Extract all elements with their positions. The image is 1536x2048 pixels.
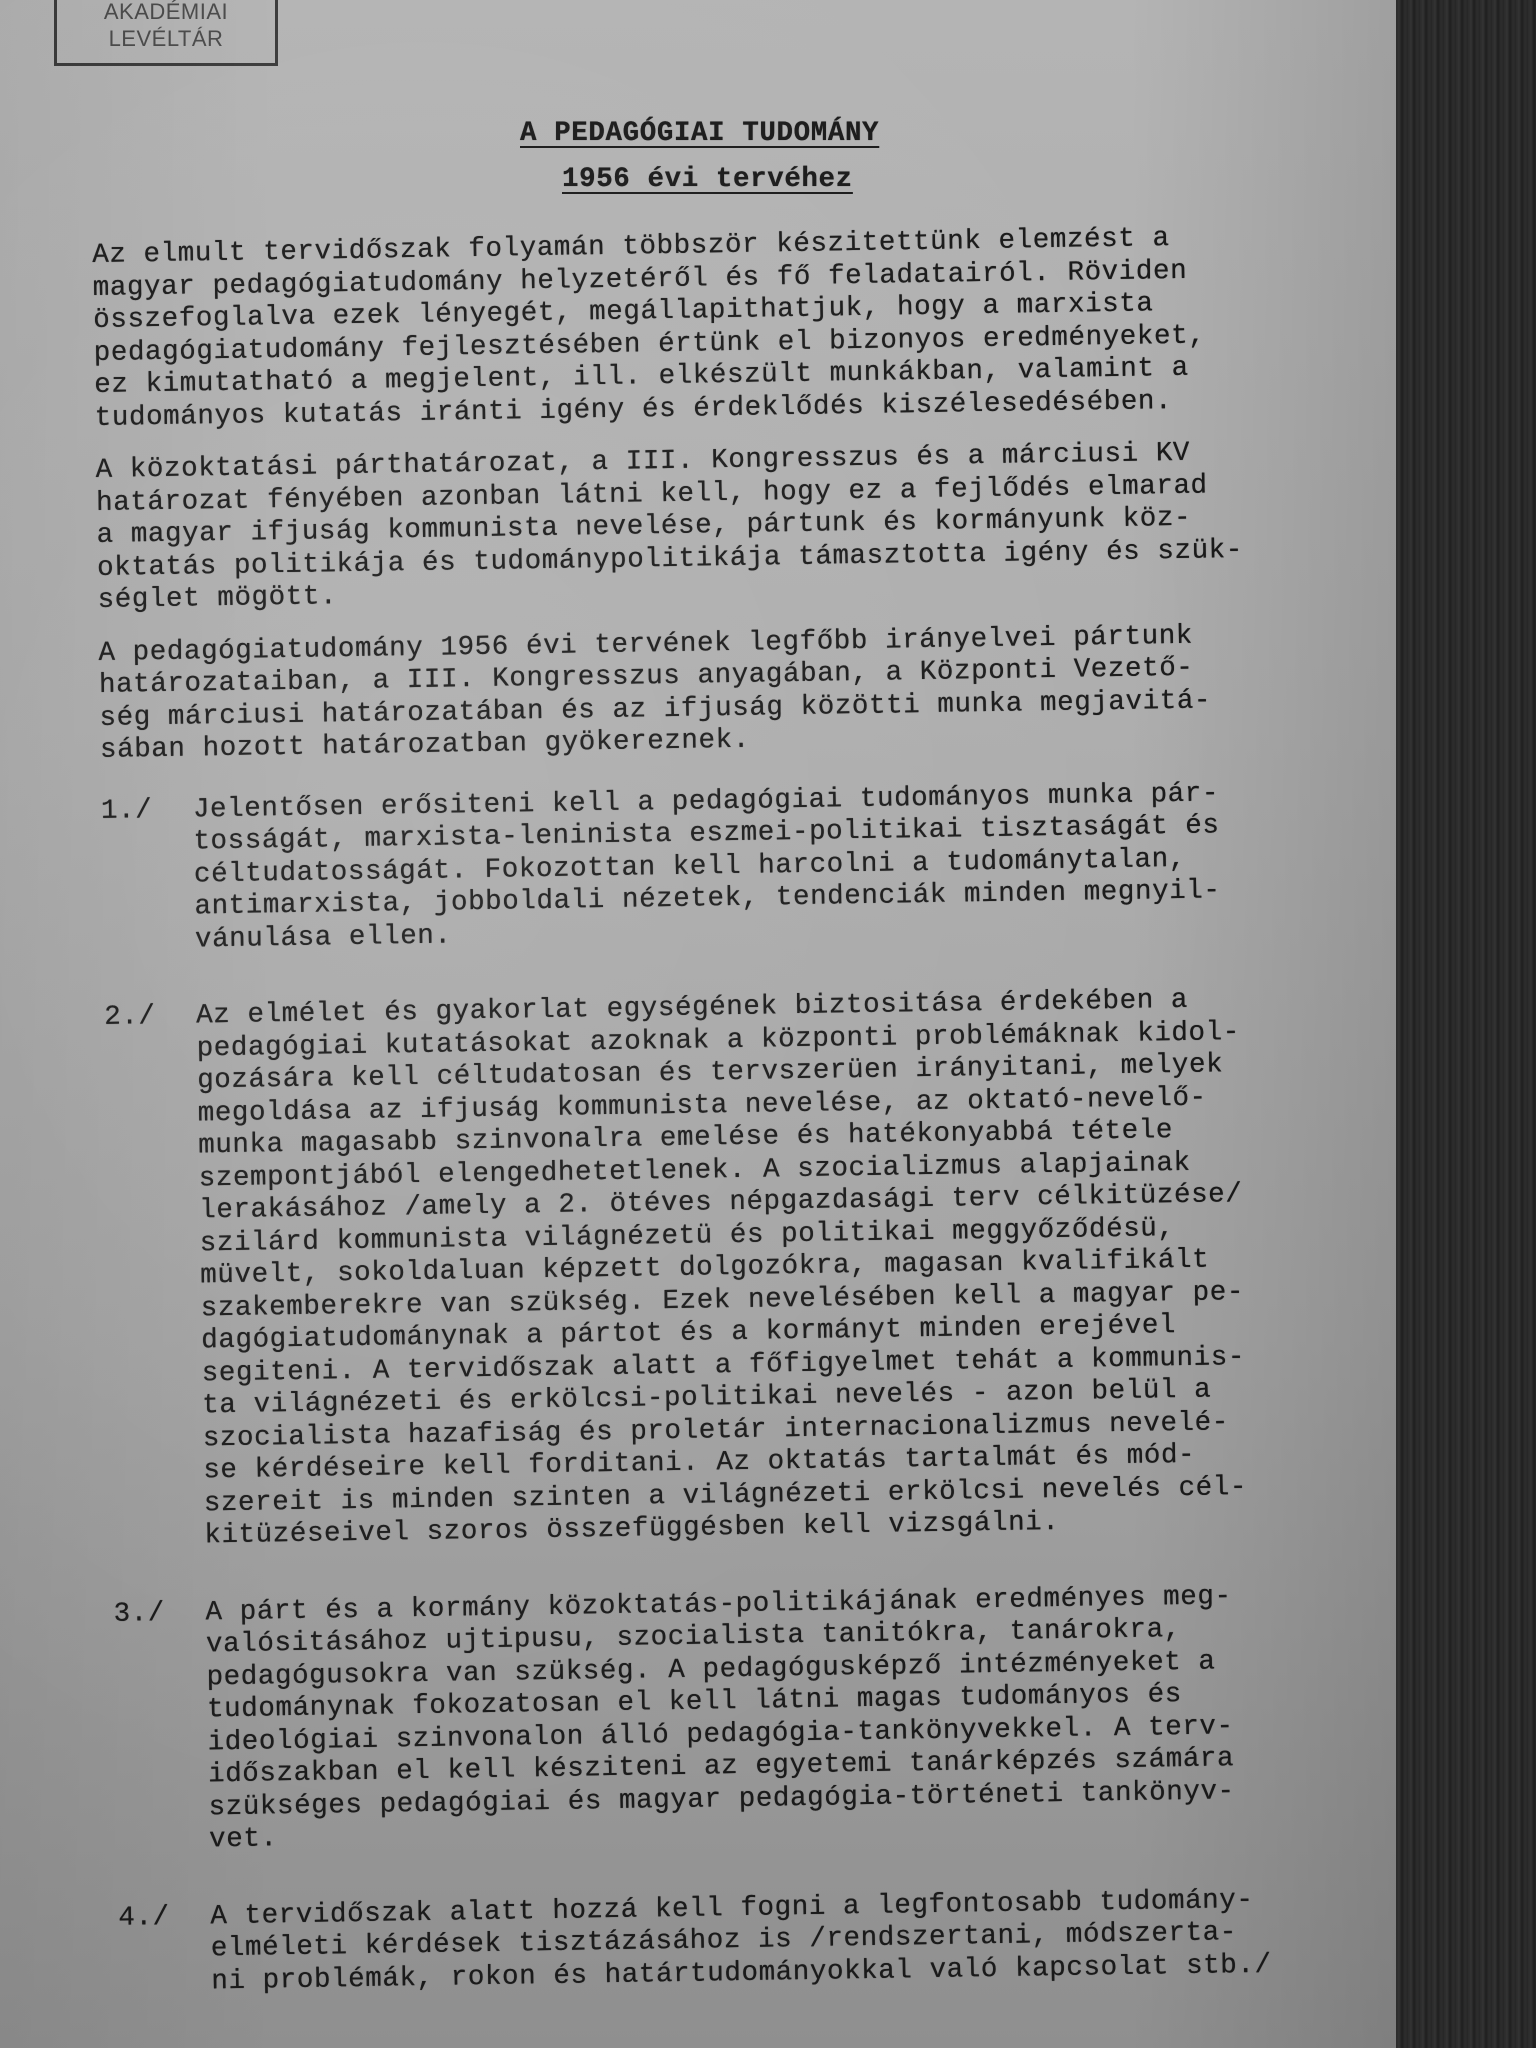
document-subtitle: 1956 évi tervéhez	[562, 164, 853, 195]
document-title: A PEDAGÓGIAI TUDOMÁNY	[520, 118, 879, 149]
item-number: 1./	[101, 794, 196, 958]
paragraph-3: A pedagógiatudomány 1956 évi tervének le…	[98, 617, 1420, 768]
stamp-line-1: AKADÉMIAI	[57, 0, 275, 25]
paragraph-2: A közoktatási párthatározat, a III. Kong…	[95, 434, 1417, 617]
numbered-item-4: 4./ A tervidőszak alatt hozzá kell fogni…	[118, 1882, 1439, 2000]
numbered-item-2: 2./ Az elmélet és gyakorlat egységének b…	[104, 981, 1433, 1554]
numbered-item-1: 1./ Jelentősen erősiteni kell a pedagógi…	[101, 775, 1423, 958]
item-number: 4./	[118, 1901, 212, 2000]
document-body: Az elmult tervidőszak folyamán többször …	[92, 219, 1440, 2044]
stamp-line-2: LEVÉLTÁR	[57, 25, 275, 52]
item-number: 2./	[104, 1000, 205, 1554]
paragraph-1: Az elmult tervidőszak folyamán többször …	[92, 219, 1415, 435]
document-page: AKADÉMIAI LEVÉLTÁR A PEDAGÓGIAI TUDOMÁNY…	[0, 0, 1410, 2048]
numbered-item-3: 3./ A párt és a kormány közoktatás-polit…	[113, 1578, 1437, 1859]
item-number: 3./	[113, 1597, 209, 1858]
archive-stamp: AKADÉMIAI LEVÉLTÁR	[54, 0, 278, 66]
background-surface-edge	[1396, 0, 1536, 2048]
